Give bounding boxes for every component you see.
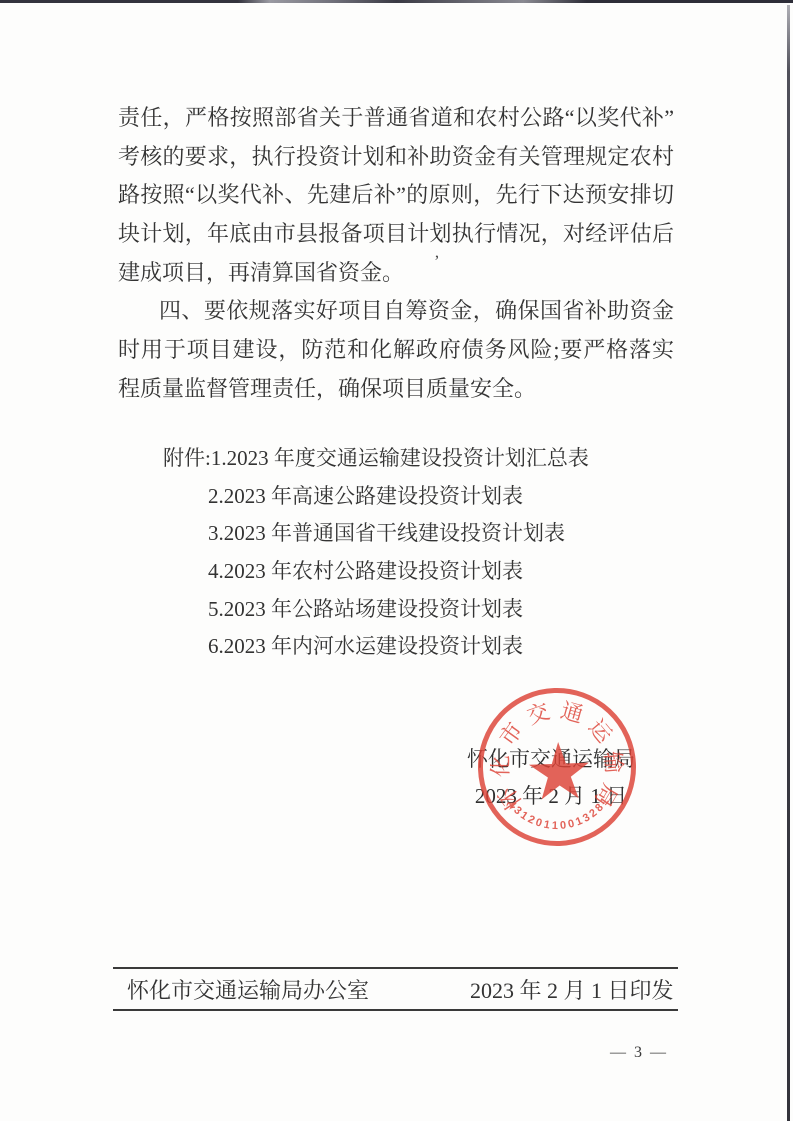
footer-rule-top [113,967,678,969]
paragraph-line: 时用于项目建设，防范和化解政府债务风险;要严格落实工 [118,331,674,370]
attachment-list: 附件:1.2023 年度交通运输建设投资计划汇总表 2.2023 年高速公路建设… [163,440,589,666]
paragraph-line: 四、要依规落实好项目自筹资金，确保国省补助资金及 [118,292,674,331]
footer-print-date: 2023 年 2 月 1 日印发 [470,976,672,1006]
document-page: 责任，严格按照部省关于普通省道和农村公路“以奖代补” 考核的要求，执行投资计划和… [0,0,793,1121]
footer-rule-bottom [113,1009,678,1011]
attachment-item: 3.2023 年普通国省干线建设投资计划表 [208,515,589,553]
paragraph-line: 块计划，年底由市县报备项目计划执行情况，对经评估后的 [118,215,674,254]
paragraph-line: 考核的要求，执行投资计划和补助资金有关管理规定农村公 [118,138,674,177]
signature-org: 怀化市交通运输局 [451,746,651,772]
scan-artifact-right-edge [787,5,790,1121]
paragraph-line: 责任，严格按照部省关于普通省道和农村公路“以奖代补” [118,99,674,138]
paragraph-line: 程质量监督管理责任，确保项目质量安全。 [118,370,674,409]
attachment-item: 5.2023 年公路站场建设投资计划表 [208,591,589,629]
paragraph-line: 建成项目，再清算国省资金。 [118,254,674,293]
scan-stray-mark: ʼ [434,252,440,272]
scan-artifact-top-edge [0,0,793,3]
attachment-item: 6.2023 年内河水运建设投资计划表 [208,628,589,666]
body-text: 责任，严格按照部省关于普通省道和农村公路“以奖代补” 考核的要求，执行投资计划和… [118,99,674,409]
attachment-item: 4.2023 年农村公路建设投资计划表 [208,553,589,591]
signature-date: 2023 年 2 月 1 日 [451,783,651,809]
footer-issuing-office: 怀化市交通运输局办公室 [127,976,369,1006]
paragraph-line: 路按照“以奖代补、先建后补”的原则，先行下达预安排切 [118,176,674,215]
attachment-item: 2.2023 年高速公路建设投资计划表 [208,478,589,516]
page-number: — 3 — [606,1044,672,1062]
attachment-item: 附件:1.2023 年度交通运输建设投资计划汇总表 [163,440,589,478]
